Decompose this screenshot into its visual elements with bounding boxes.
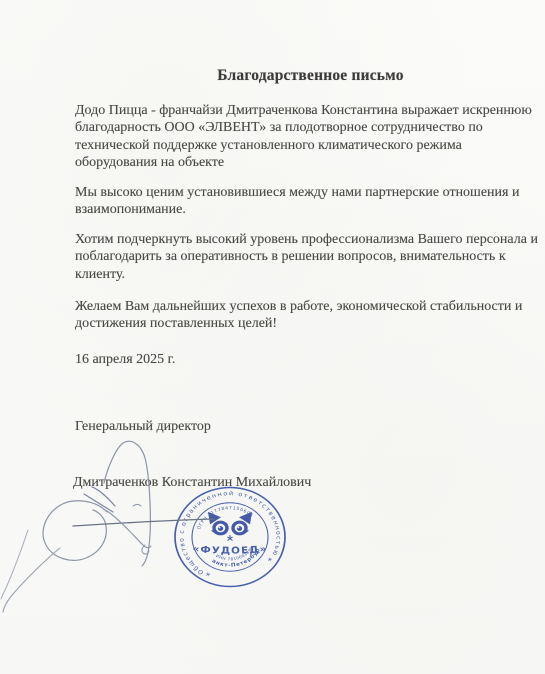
signature-stroke xyxy=(43,501,107,561)
text-line: поблагодарить за оперативность в решении… xyxy=(75,248,505,265)
signature-stroke xyxy=(142,545,149,554)
stamp-company-name: «ФУДОЕД» xyxy=(192,544,268,556)
stamp-star-left: * xyxy=(205,571,213,581)
text-line: клиенту. xyxy=(75,266,505,283)
signature-stroke xyxy=(107,511,151,548)
text-line: Додо Пицца - франчайзи Дмитраченкова Кон… xyxy=(75,102,505,119)
signature-stroke xyxy=(3,548,60,612)
paragraph-professionalism: Хотим подчеркнуть высокий уровень профес… xyxy=(75,231,505,283)
text-line: Желаем Вам дальнейших успехов в работе, … xyxy=(75,298,505,315)
text-line: технической поддержке установленного кли… xyxy=(75,137,505,154)
text-line: достижения поставленных целей! xyxy=(75,315,505,332)
text-line: благодарность ООО «ЭЛВЕНТ» за плодотворн… xyxy=(75,119,505,136)
scanned-letter-page: Благодарственное письмо Додо Пицца - фра… xyxy=(0,0,545,674)
signature-stroke xyxy=(1,530,28,599)
paragraph-wishes: Желаем Вам дальнейших успехов в работе, … xyxy=(75,298,505,333)
text-line: оборудования на объекте xyxy=(75,154,505,171)
text-line: взаимопонимание. xyxy=(75,201,505,218)
paragraph-partnership: Мы высоко ценим установившиеся между нам… xyxy=(75,184,505,219)
signature-stroke xyxy=(133,505,141,507)
text-line: Мы высоко ценим установившиеся между нам… xyxy=(75,184,505,201)
signature-stroke xyxy=(104,441,150,566)
company-stamp: Общество с ограниченной ответственностью… xyxy=(162,474,298,600)
letter-title: Благодарственное письмо xyxy=(76,67,545,85)
text-line: Хотим подчеркнуть высокий уровень профес… xyxy=(75,231,505,248)
paragraph-gratitude: Додо Пицца - франчайзи Дмитраченкова Кон… xyxy=(75,102,505,171)
stamp-star-right: * xyxy=(267,556,275,566)
raccoon-face-icon xyxy=(208,512,252,540)
svg-text:«ФУДОЕД»: «ФУДОЕД» xyxy=(192,544,268,556)
signer-role: Генеральный директор xyxy=(75,418,505,435)
letter-date: 16 апреля 2025 г. xyxy=(75,351,505,368)
